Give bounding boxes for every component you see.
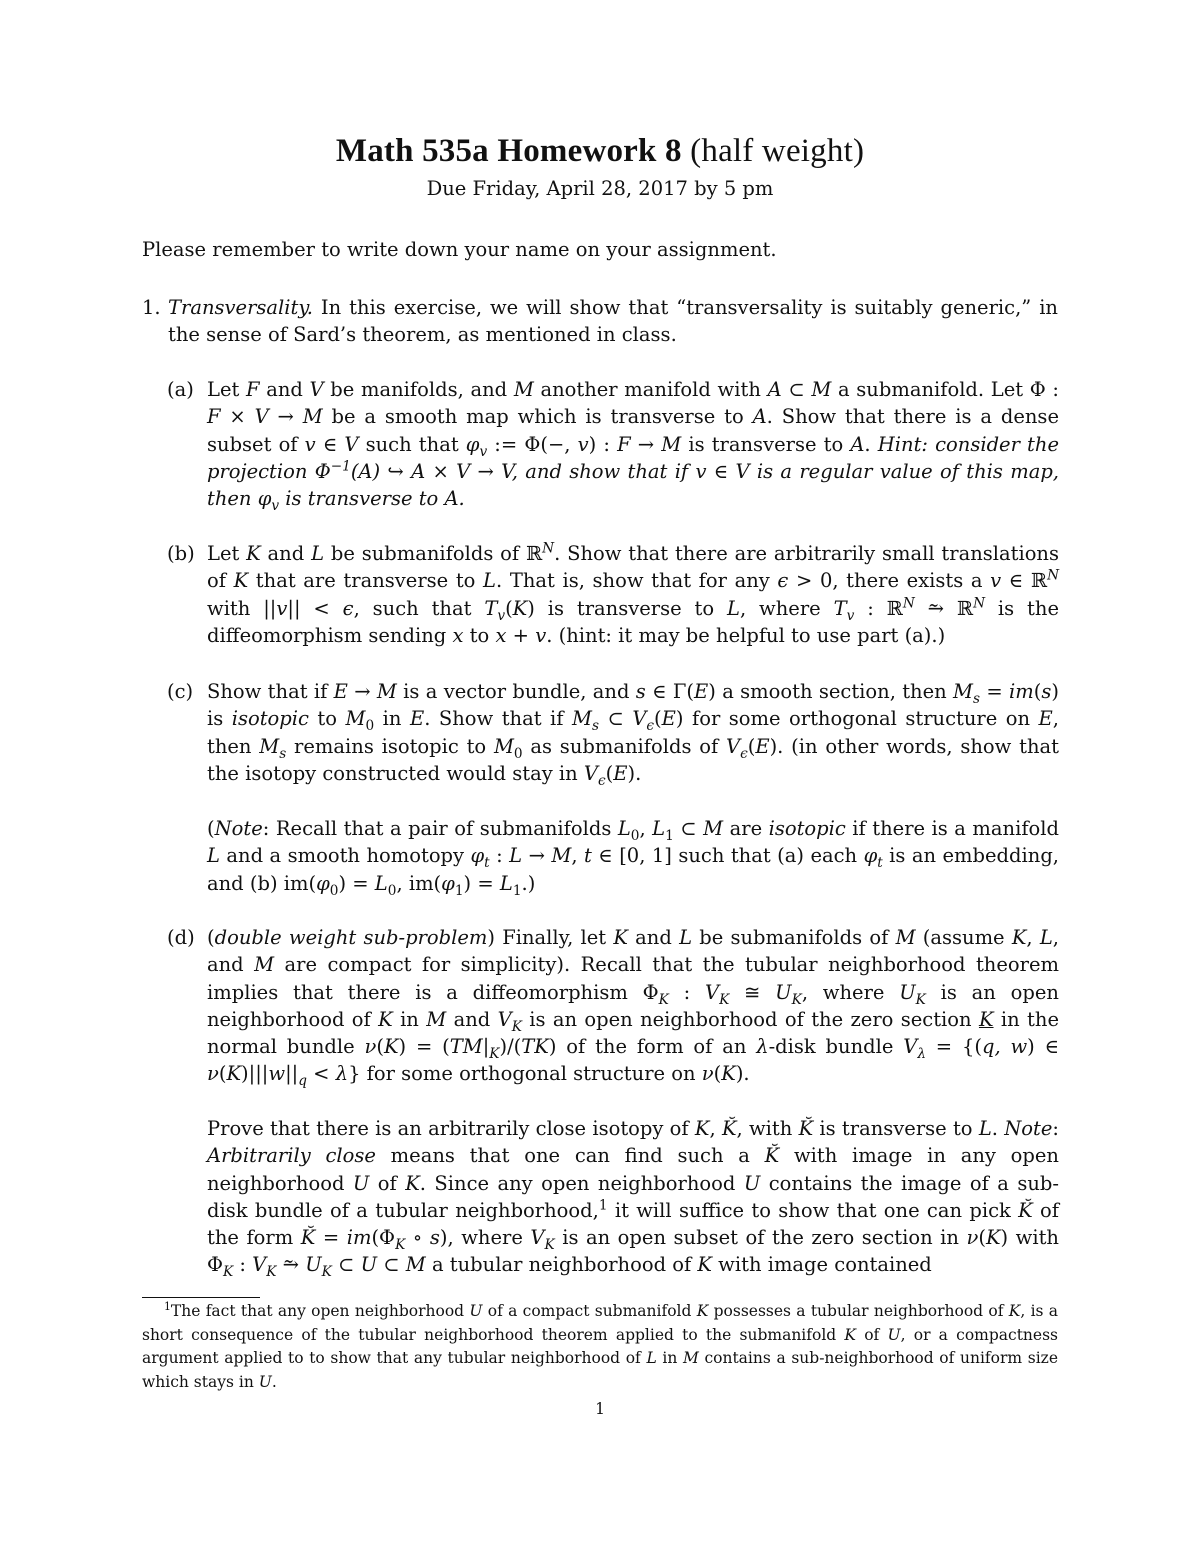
part-c-label: (c) — [167, 678, 193, 705]
name-reminder: Please remember to write down your name … — [142, 236, 777, 263]
problem-number: 1. — [142, 294, 161, 321]
problem-1-intro: Transversality. In this exercise, we wil… — [168, 294, 1058, 349]
page-number: 1 — [0, 1396, 1200, 1423]
part-d: (double weight sub-problem) Finally, let… — [207, 924, 1059, 1088]
footnote: 1The fact that any open neighborhood U o… — [142, 1300, 1058, 1395]
footnote-rule — [142, 1297, 260, 1298]
document-page: Math 535a Homework 8 (half weight) Due F… — [0, 0, 1200, 1553]
part-d-prove: Prove that there is an arbitrarily close… — [207, 1115, 1059, 1279]
part-a-label: (a) — [167, 376, 194, 403]
document-title: Math 535a Homework 8 (half weight) — [0, 138, 1200, 165]
due-date: Due Friday, April 28, 2017 by 5 pm — [0, 175, 1200, 202]
part-b: Let K and L be submanifolds of ℝN. Show … — [207, 540, 1059, 649]
problem-topic: Transversality. — [168, 296, 313, 319]
part-d-label: (d) — [167, 924, 195, 951]
part-c: Show that if E → M is a vector bundle, a… — [207, 678, 1059, 787]
footnote-marker: 1 — [164, 1300, 171, 1313]
part-a: Let F and V be manifolds, and M another … — [207, 376, 1059, 512]
part-c-note: (Note: Recall that a pair of submanifold… — [207, 815, 1059, 897]
part-b-label: (b) — [167, 540, 195, 567]
title-main: Math 535a Homework 8 — [336, 133, 682, 169]
title-weight-note: (half weight) — [682, 133, 864, 169]
